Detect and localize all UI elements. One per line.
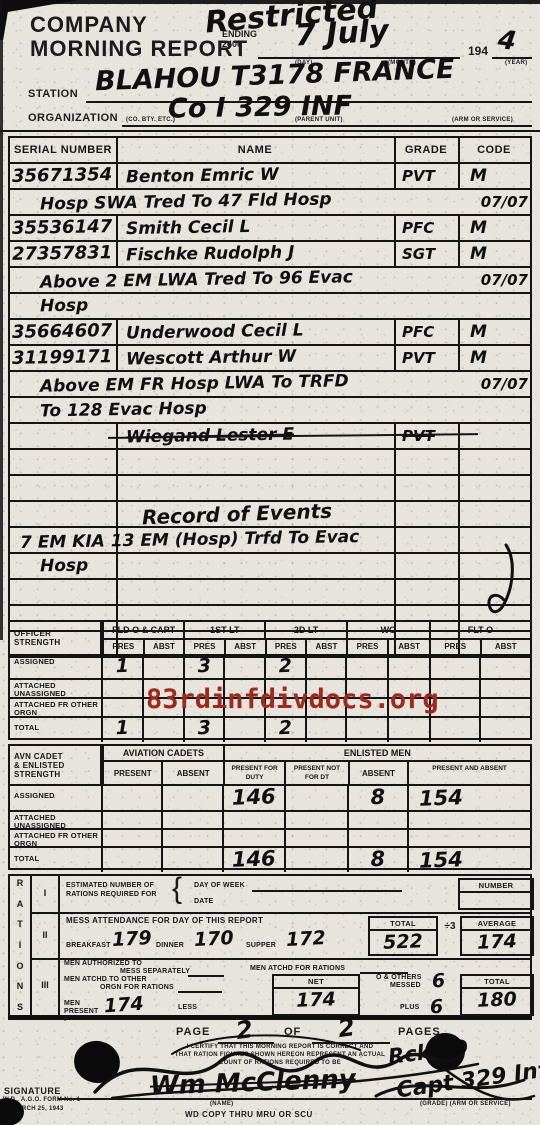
rations-section: R A T I O N S I II III ESTIMATED NUMBER … xyxy=(8,874,532,1020)
men-authorized-label-2: MESS SEPARATELY xyxy=(120,968,190,975)
sub-header-abst: ABST xyxy=(387,640,429,656)
grade-value: PVT xyxy=(402,347,435,369)
table-row: 35536147 Smith Cecil L PFC M xyxy=(10,216,530,242)
serial-value: 31199171 xyxy=(12,346,113,370)
website-watermark: 83rdinfdivdocs.org xyxy=(146,684,439,715)
grade-value: SGT xyxy=(402,243,435,265)
ink-blot xyxy=(70,1037,124,1088)
net-box: NET 174 xyxy=(272,974,360,1016)
org-sublabel-2: (PARENT UNIT) xyxy=(295,117,343,123)
remark-date: 07/07 xyxy=(481,373,528,395)
copy-routing-note: WD COPY THRU MRU OR SCU xyxy=(185,1110,313,1119)
table-row-blank xyxy=(10,450,530,476)
serial-value: 27357831 xyxy=(12,242,113,266)
others-label-2: MESSED xyxy=(390,982,421,989)
record-of-events-row: Record of Events xyxy=(10,502,530,528)
year-digit-handwriting: 4 xyxy=(496,25,518,57)
supper-label: SUPPER xyxy=(246,942,276,949)
less-label: LESS xyxy=(178,1004,197,1011)
name-value: Smith Cecil L xyxy=(126,216,251,240)
officer-fld-pres: 1 xyxy=(103,656,142,678)
officer-total-1lt-pres: 3 xyxy=(184,718,223,740)
certify-line-1: I CERTIFY THAT THIS MORNING REPORT IS CO… xyxy=(150,1044,410,1050)
remark-value: Hosp SWA Tred To 47 Fld Hosp xyxy=(40,188,332,215)
group-header-aviation: AVIATION CADETS xyxy=(102,746,223,762)
officer-row-assigned: ASSIGNED 1 3 2 xyxy=(10,656,530,680)
sub-header-abst: ABST xyxy=(143,640,184,656)
column-divider xyxy=(394,138,396,162)
event-text: Hosp xyxy=(40,555,89,578)
table-row-blank xyxy=(10,476,530,502)
group-header: FLD O & CAPT xyxy=(102,622,183,640)
sub-header: PRESENT FOR DUTY xyxy=(223,762,284,786)
enlisted-present-and-absent: 154 xyxy=(409,786,530,811)
record-of-events-title: Record of Events xyxy=(142,500,333,529)
org-sublabel-1: (CO. BTY. ETC.) xyxy=(126,117,175,123)
remark-value: Above EM FR Hosp LWA To TRFD xyxy=(40,370,349,397)
code-value: M xyxy=(470,347,487,369)
grade-value: PFC xyxy=(402,217,434,239)
form-title-line2: MORNING REPORT xyxy=(30,36,248,62)
date-label: DATE xyxy=(194,898,213,905)
table-row: Hosp xyxy=(10,294,530,320)
serial-value: 35536147 xyxy=(12,216,113,240)
table-row: To 128 Evac Hosp xyxy=(10,398,530,424)
org-sublabel-3: (ARM OR SERVICE) xyxy=(452,117,513,123)
name-sublabel: (NAME) xyxy=(210,1101,233,1107)
group-header-enlisted: ENLISTED MEN xyxy=(223,746,530,762)
average-box: AVERAGE 174 xyxy=(460,916,534,956)
plus-label: PLUS xyxy=(400,1004,419,1011)
serial-value: 35671354 xyxy=(12,164,113,188)
sub-header: ABSENT xyxy=(161,762,222,786)
station-label: STATION xyxy=(28,88,78,100)
men-atchd-other-label-1: MEN ATCHD TO OTHER xyxy=(64,976,147,983)
certify-line-3: COUNT OF RATIONS REQUIRED TO BE xyxy=(170,1060,390,1066)
sub-header: PRESENT AND ABSENT xyxy=(407,762,530,786)
page-label: PAGE xyxy=(176,1026,210,1038)
men-atchd-for-rations-label: MEN ATCHD FOR RATIONS xyxy=(250,965,345,972)
code-value: M xyxy=(470,243,487,265)
others-messed-value: 6 xyxy=(431,970,446,993)
morning-report-scan: COMPANY MORNING REPORT Restricted ENDING… xyxy=(0,0,540,1125)
date-handwriting: 7 July xyxy=(294,14,389,54)
remark-value: To 128 Evac Hosp xyxy=(40,398,207,423)
sub-header: PRESENT NOT FOR DT xyxy=(284,762,347,786)
enlisted-absent: 8 xyxy=(349,786,407,810)
rations-sec3: MEN AUTHORIZED TO MESS SEPARATELY MEN AT… xyxy=(60,960,530,1017)
name-value: Fischke Rudolph J xyxy=(126,242,295,267)
officer-strength-table: OFFICER STRENGTH FLD O & CAPT 1ST LT 2D … xyxy=(8,620,532,740)
signature-line xyxy=(58,1098,532,1100)
ending-time: 2400 xyxy=(222,39,242,49)
remark-value: Above 2 EM LWA Tred To 96 Evac xyxy=(40,266,353,293)
scan-edge-left xyxy=(0,0,3,640)
enlisted-row-total: TOTAL 146 8 154 xyxy=(10,848,530,872)
officer-total-fld-pres: 1 xyxy=(103,718,142,740)
men-present-value: 174 xyxy=(103,993,144,1018)
average-value: 174 xyxy=(462,930,533,954)
enlisted-strength-label: AVN CADET & ENLISTED STRENGTH xyxy=(10,746,102,786)
certify-line-2: THAT RATION FIGURES SHOWN HEREON REPRESE… xyxy=(140,1052,420,1058)
table-row: Above 2 EM LWA Tred To 96 Evac 07/07 xyxy=(10,268,530,294)
grade-sublabel: (GRADE) (ARM OR SERVICE) xyxy=(420,1101,511,1107)
col-header-grade: GRADE xyxy=(394,144,458,156)
header-divider xyxy=(0,130,540,132)
table-row: Hosp SWA Tred To 47 Fld Hosp 07/07 xyxy=(10,190,530,216)
officer-total-2lt-pres: 2 xyxy=(266,718,305,740)
remark-date: 07/07 xyxy=(481,191,528,213)
sub-header-abst: ABST xyxy=(224,640,265,656)
officer-strength-label: OFFICER STRENGTH xyxy=(10,622,102,656)
men-authorized-label-1: MEN AUTHORIZED TO xyxy=(64,960,142,967)
enlisted-total-present-for-duty: 146 xyxy=(224,848,284,872)
grade-value-crossed: PVT xyxy=(402,425,435,447)
officer-1lt-pres: 3 xyxy=(184,656,223,678)
rations-sec1: ESTIMATED NUMBER OF RATIONS REQUIRED FOR… xyxy=(60,876,530,912)
col-header-name: NAME xyxy=(116,144,394,156)
estimated-label-1: ESTIMATED NUMBER OF xyxy=(66,882,154,889)
sub-header: PRESENT xyxy=(102,762,161,786)
rations-section-numerals: I II III xyxy=(32,876,60,1015)
remark-value: Hosp xyxy=(40,295,89,318)
officer-row-total: TOTAL 1 3 2 xyxy=(10,718,530,742)
mess-total-box: TOTAL 522 xyxy=(368,916,438,956)
number-box: NUMBER xyxy=(458,878,534,910)
column-divider xyxy=(458,138,460,162)
event-text: 7 EM KIA 13 EM (Hosp) Trfd To Evac xyxy=(20,526,360,554)
dinner-value: 170 xyxy=(193,927,234,951)
ending-label: ENDING xyxy=(222,29,257,39)
serial-value: 35664607 xyxy=(12,320,113,344)
year-underline xyxy=(492,57,532,59)
enlisted-row-assigned: ASSIGNED 146 8 154 xyxy=(10,786,530,812)
signature-label: SIGNATURE xyxy=(4,1086,61,1096)
sub-header-pres: PRES xyxy=(265,640,306,656)
officer-2lt-pres: 2 xyxy=(266,656,305,678)
sub-header-abst: ABST xyxy=(305,640,346,656)
table-row: Above EM FR Hosp LWA To TRFD 07/07 xyxy=(10,372,530,398)
year-prefix: 194 xyxy=(468,44,488,58)
plus-value: 6 xyxy=(429,996,444,1019)
name-value: Wescott Arthur W xyxy=(126,346,297,371)
year-sublabel: (YEAR) xyxy=(505,60,527,66)
grade-value: PFC xyxy=(402,321,434,343)
name-value: Benton Emric W xyxy=(126,164,279,189)
rations-side-label: R A T I O N S xyxy=(10,876,32,1015)
mess-total-value: 522 xyxy=(370,930,437,954)
column-divider xyxy=(116,138,118,162)
roster-table: SERIAL NUMBER NAME GRADE CODE 35671354 B… xyxy=(8,136,532,658)
col-header-code: CODE xyxy=(458,144,530,156)
table-row-crossed-out: Wiegand Lester E PVT xyxy=(10,424,530,450)
table-row-blank xyxy=(10,580,530,606)
event-row: 7 EM KIA 13 EM (Hosp) Trfd To Evac xyxy=(10,528,530,554)
organization-underline xyxy=(122,125,532,127)
organization-label: ORGANIZATION xyxy=(28,112,118,124)
roster-header-row: SERIAL NUMBER NAME GRADE CODE xyxy=(10,138,530,164)
breakfast-value: 179 xyxy=(111,927,152,951)
grade-value: PVT xyxy=(402,165,435,187)
men-present-label: MEN PRESENT : xyxy=(64,1000,98,1024)
rations-total-value: 180 xyxy=(462,988,533,1012)
sub-header-pres: PRES xyxy=(183,640,224,656)
divide-by-three: ÷3 xyxy=(444,922,456,932)
sub-header: ABSENT xyxy=(348,762,407,786)
table-row: 35664607 Underwood Cecil L PFC M xyxy=(10,320,530,346)
sub-header-pres: PRES xyxy=(346,640,388,656)
sub-header-pres: PRES xyxy=(102,640,143,656)
enlisted-total-absent: 8 xyxy=(349,848,407,872)
enlisted-present-for-duty: 146 xyxy=(224,786,284,810)
enlisted-strength-table: AVN CADET & ENLISTED STRENGTH AVIATION C… xyxy=(8,744,532,870)
dinner-label: DINNER xyxy=(156,942,184,949)
table-row: 35671354 Benton Emric W PVT M xyxy=(10,164,530,190)
group-header: WO xyxy=(346,622,429,640)
group-header: FLT O xyxy=(429,622,530,640)
name-value: Underwood Cecil L xyxy=(126,319,304,344)
rations-sec2: MESS ATTENDANCE FOR DAY OF THIS REPORT B… xyxy=(60,914,530,958)
enlisted-total-present-and-absent: 154 xyxy=(409,848,530,872)
sub-header-pres: PRES xyxy=(429,640,480,656)
sub-header-abst: ABST xyxy=(480,640,531,656)
others-label-1: O & OTHERS xyxy=(376,974,422,981)
table-row: 31199171 Wescott Arthur W PVT M xyxy=(10,346,530,372)
code-value: M xyxy=(470,165,487,187)
group-header: 2D LT xyxy=(264,622,345,640)
enlisted-row-attached-other: ATTACHED FR OTHER ORGN xyxy=(10,830,530,848)
day-of-week-label: DAY OF WEEK xyxy=(194,882,245,889)
group-header: 1ST LT xyxy=(183,622,264,640)
rations-total-box: TOTAL 180 xyxy=(460,974,534,1016)
remark-date: 07/07 xyxy=(481,269,528,291)
supper-value: 172 xyxy=(285,927,326,951)
form-title-line1: COMPANY xyxy=(30,12,148,38)
code-value: M xyxy=(470,321,487,343)
men-atchd-other-label-2: ORGN FOR RATIONS xyxy=(100,984,174,991)
enlisted-row-attached-unassigned: ATTACHED UNASSIGNED xyxy=(10,812,530,830)
event-row: Hosp xyxy=(10,554,530,580)
table-row: 27357831 Fischke Rudolph J SGT M xyxy=(10,242,530,268)
net-value: 174 xyxy=(274,988,359,1013)
mess-attendance-label: MESS ATTENDANCE FOR DAY OF THIS REPORT xyxy=(66,916,263,925)
breakfast-label: BREAKFAST xyxy=(66,942,111,949)
col-header-serial: SERIAL NUMBER xyxy=(10,144,116,156)
signature-name-crossed: Wm McClenny xyxy=(150,1064,357,1101)
estimated-label-2: RATIONS REQUIRED FOR xyxy=(66,891,157,898)
brace: { xyxy=(172,872,182,906)
of-label: OF xyxy=(284,1026,301,1038)
code-value: M xyxy=(470,217,487,239)
